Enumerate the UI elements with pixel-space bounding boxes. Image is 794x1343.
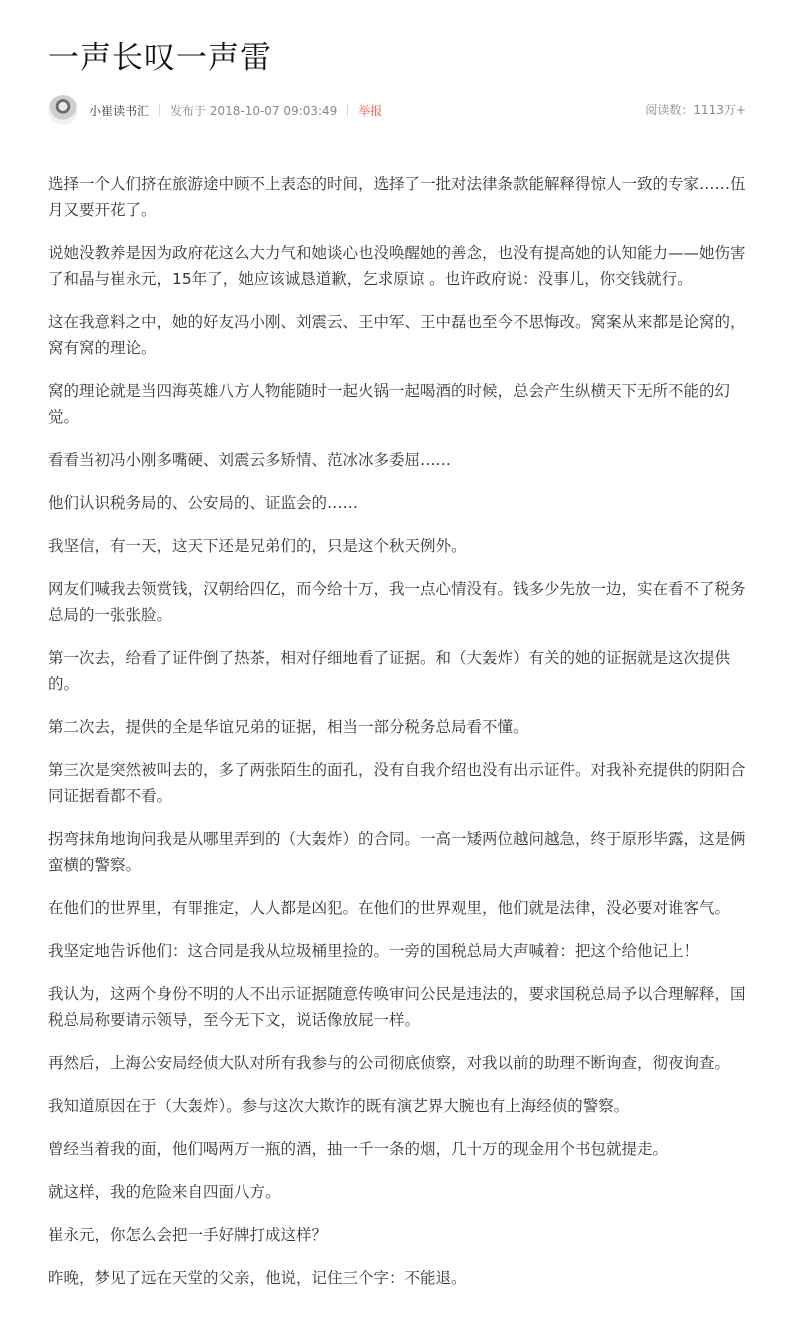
paragraph: 再然后，上海公安局经侦大队对所有我参与的公司彻底侦察，对我以前的助理不断询查，彻… [48, 1050, 746, 1076]
paragraph: 网友们喊我去领赏钱，汉朝给四亿，而今给十万，我一点心情没有。钱多少先放一边，实在… [48, 576, 746, 628]
paragraph: 昨晚，梦见了远在天堂的父亲，他说，记住三个字：不能退。 [48, 1265, 746, 1291]
paragraph: 选择一个人们挤在旅游途中顾不上表态的时间，选择了一批对法律条款能解释得惊人一致的… [48, 171, 746, 223]
paragraph: 曾经当着我的面，他们喝两万一瓶的酒，抽一千一条的烟，几十万的现金用个书包就提走。 [48, 1136, 746, 1162]
author-avatar[interactable] [48, 95, 78, 125]
paragraph: 这在我意料之中，她的好友冯小刚、刘震云、王中军、王中磊也至今不思悔改。窝案从来都… [48, 309, 746, 361]
author-name[interactable]: 小崔读书汇 [89, 102, 149, 119]
publish-time: 发布于 2018-10-07 09:03:49 [170, 102, 337, 119]
article: 一声长叹一声雷 小崔读书汇 发布于 2018-10-07 09:03:49 举报… [0, 0, 794, 1291]
report-link[interactable]: 举报 [358, 102, 382, 119]
paragraph: 就这样，我的危险来自四面八方。 [48, 1179, 746, 1205]
paragraph: 第二次去，提供的全是华谊兄弟的证据，相当一部分税务总局看不懂。 [48, 714, 746, 740]
view-count: 阅读数：1113万+ [645, 93, 746, 127]
paragraph: 第一次去，给看了证件倒了热茶，相对仔细地看了证据。和（大轰炸）有关的她的证据就是… [48, 645, 746, 697]
paragraph: 看看当初冯小刚多嘴硬、刘震云多矫情、范冰冰多委屈…… [48, 447, 746, 473]
article-meta: 小崔读书汇 发布于 2018-10-07 09:03:49 举报 阅读数：111… [48, 93, 746, 127]
paragraph: 窝的理论就是当四海英雄八方人物能随时一起火锅一起喝酒的时候，总会产生纵横天下无所… [48, 378, 746, 430]
article-title: 一声长叹一声雷 [48, 0, 746, 78]
paragraph: 他们认识税务局的、公安局的、证监会的…… [48, 490, 746, 516]
meta-divider [347, 104, 348, 117]
paragraph: 我坚信，有一天，这天下还是兄弟们的，只是这个秋天例外。 [48, 533, 746, 559]
paragraph: 说她没教养是因为政府花这么大力气和她谈心也没唤醒她的善念，也没有提高她的认知能力… [48, 240, 746, 292]
paragraph: 崔永元，你怎么会把一手好牌打成这样？ [48, 1222, 746, 1248]
paragraph: 我认为，这两个身份不明的人不出示证据随意传唤审问公民是违法的，要求国税总局予以合… [48, 981, 746, 1033]
paragraph: 拐弯抹角地询问我是从哪里弄到的（大轰炸）的合同。一高一矮两位越问越急，终于原形毕… [48, 826, 746, 878]
paragraph: 我坚定地告诉他们：这合同是我从垃圾桶里捡的。一旁的国税总局大声喊着：把这个给他记… [48, 938, 746, 964]
paragraph: 第三次是突然被叫去的，多了两张陌生的面孔，没有自我介绍也没有出示证件。对我补充提… [48, 757, 746, 809]
paragraph: 在他们的世界里，有罪推定，人人都是凶犯。在他们的世界观里，他们就是法律，没必要对… [48, 895, 746, 921]
meta-divider [159, 104, 160, 117]
paragraph: 我知道原因在于（大轰炸）。参与这次大欺诈的既有演艺界大腕也有上海经侦的警察。 [48, 1093, 746, 1119]
article-body: 选择一个人们挤在旅游途中顾不上表态的时间，选择了一批对法律条款能解释得惊人一致的… [48, 171, 746, 1291]
